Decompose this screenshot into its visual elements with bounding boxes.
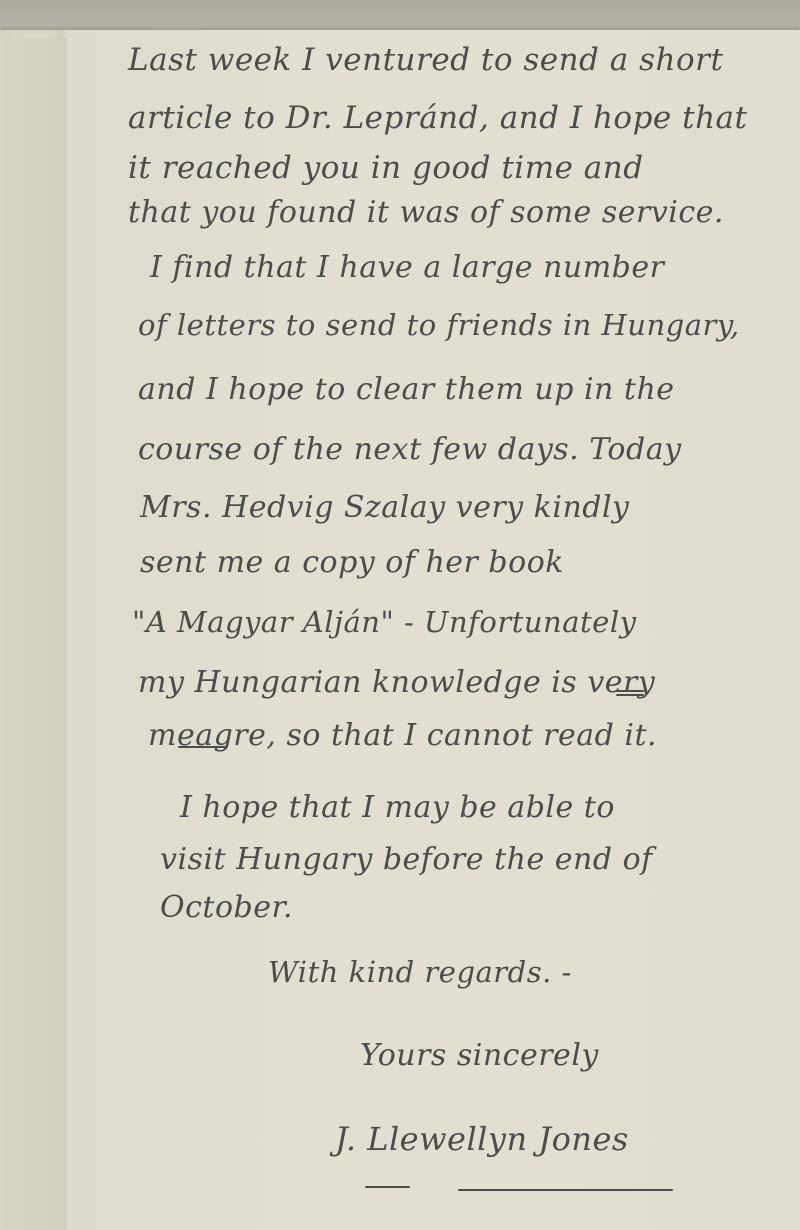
closing-line: With kind regards. -	[268, 955, 572, 989]
body-line: "A Magyar Alján" - Unfortunately	[132, 605, 637, 639]
body-line: I hope that I may be able to	[180, 790, 615, 825]
body-line: October.	[160, 890, 293, 925]
valediction: Yours sincerely	[360, 1038, 599, 1073]
body-line: my Hungarian knowledge is very	[138, 665, 655, 700]
body-line: Mrs. Hedvig Szalay very kindly	[140, 490, 630, 525]
body-line: sent me a copy of her book	[140, 545, 564, 580]
underline-very-double	[616, 694, 644, 696]
signature-rule-short	[365, 1186, 410, 1188]
body-line: visit Hungary before the end of	[160, 842, 653, 877]
body-line: course of the next few days. Today	[138, 432, 682, 467]
signature: J. Llewellyn Jones	[335, 1120, 629, 1158]
underline-meagre	[178, 746, 228, 748]
body-line: I find that I have a large number	[150, 250, 664, 285]
body-line: Last week I ventured to send a short	[128, 42, 723, 78]
body-line: and I hope to clear them up in the	[138, 372, 675, 407]
body-line: that you found it was of some service.	[128, 195, 724, 230]
signature-rule-long	[458, 1189, 673, 1191]
body-line: of letters to send to friends in Hungary…	[138, 308, 740, 342]
body-line: it reached you in good time and	[128, 150, 644, 186]
body-line: article to Dr. Lepránd, and I hope that	[128, 100, 747, 136]
underline-very	[616, 690, 644, 692]
letter-text: Last week I ventured to send a short art…	[0, 0, 800, 1230]
